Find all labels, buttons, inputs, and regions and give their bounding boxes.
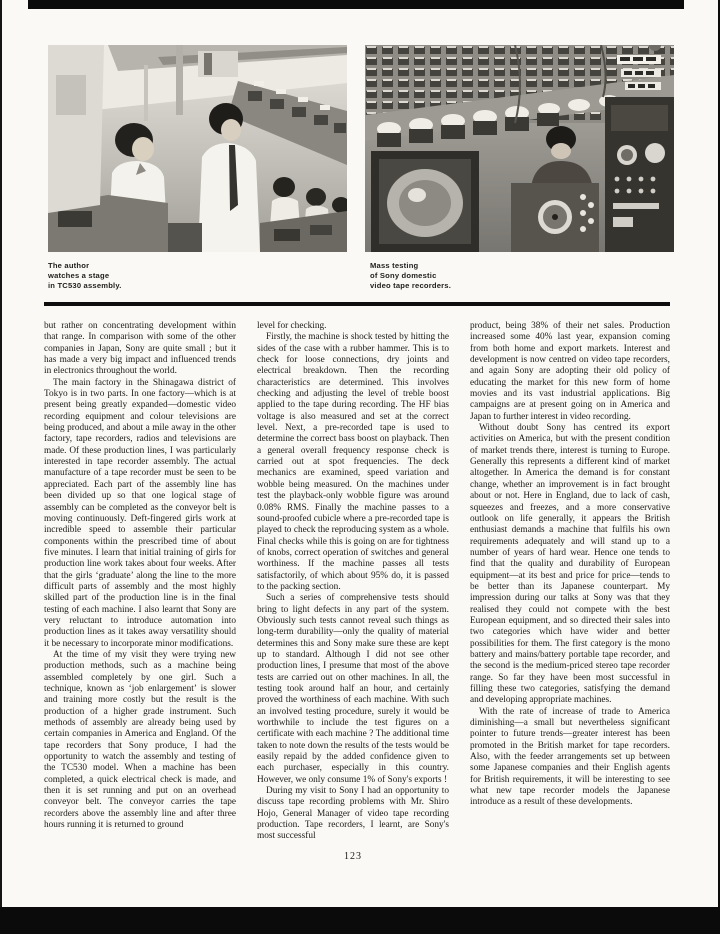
photo-author-assembly (48, 45, 347, 252)
scanned-magazine-page: The author watches a stage in TC530 asse… (2, 0, 718, 907)
photo-caption-right: Mass testing of Sony domestic video tape… (370, 261, 580, 291)
paragraph: The main factory in the Shinagawa distri… (44, 378, 236, 650)
testing-room-photo-illustration (365, 45, 674, 252)
page-number: 123 (257, 851, 449, 862)
photo-caption-left: The author watches a stage in TC530 asse… (48, 261, 258, 291)
paragraph: level for checking. (257, 321, 449, 332)
section-divider-rule (44, 302, 670, 306)
assembly-line-photo-illustration (48, 45, 347, 252)
paragraph: During my visit to Sony I had an opportu… (257, 786, 449, 843)
scan-edge-left (0, 0, 2, 907)
scan-edge-top (28, 0, 684, 9)
scan-edge-bottom (0, 907, 720, 934)
paragraph: At the time of my visit they were trying… (44, 650, 236, 832)
photo-mass-testing (365, 45, 674, 252)
paragraph: but rather on concentrating development … (44, 321, 236, 378)
paragraph: product, being 38% of their net sales. P… (470, 321, 670, 423)
paragraph: Without doubt Sony has centred its expor… (470, 423, 670, 707)
paragraph: Firstly, the machine is shock tested by … (257, 332, 449, 593)
text-column-2: level for checking.Firstly, the machine … (257, 321, 449, 857)
text-column-3: product, being 38% of their net sales. P… (470, 321, 670, 857)
text-column-1: but rather on concentrating development … (44, 321, 236, 857)
paragraph: With the rate of increase of trade to Am… (470, 707, 670, 809)
paragraph: Such a series of comprehensive tests sho… (257, 593, 449, 786)
